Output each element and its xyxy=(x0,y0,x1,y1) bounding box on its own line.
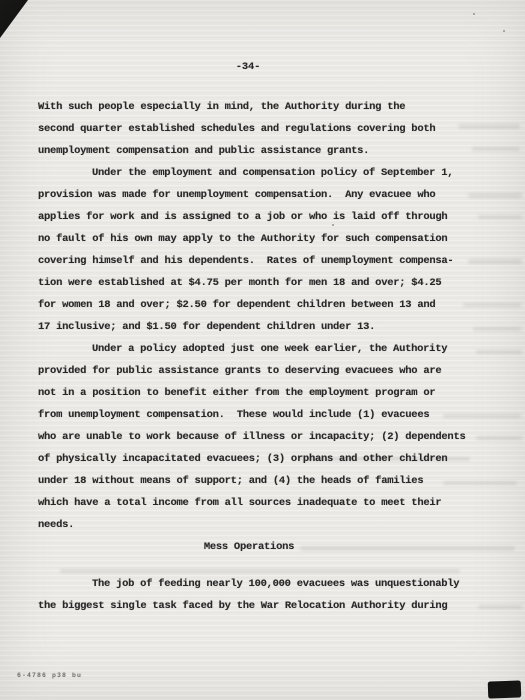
typewritten-line: provision was made for unemployment comp… xyxy=(38,184,500,206)
typewritten-line: no fault of his own may apply to the Aut… xyxy=(38,228,500,250)
typewritten-line: second quarter established schedules and… xyxy=(38,118,500,140)
typewritten-line: tion were established at $4.75 per month… xyxy=(38,272,500,294)
typewritten-line: unemployment compensation and public ass… xyxy=(38,140,500,162)
section-heading: Mess Operations xyxy=(29,536,469,558)
typewritten-line: from unemployment compensation. These wo… xyxy=(38,404,500,426)
document-page: -34- With such people especially in mind… xyxy=(0,0,525,700)
typewritten-line: not in a position to benefit either from… xyxy=(38,382,500,404)
paper-speck xyxy=(503,30,505,32)
scan-corner-artifact xyxy=(0,0,28,38)
typewritten-line: Under the employment and compensation po… xyxy=(38,162,500,184)
typewritten-line: 17 inclusive; and $1.50 for dependent ch… xyxy=(38,316,500,338)
typewritten-line: which have a total income from all sourc… xyxy=(38,492,500,514)
page-number: -34- xyxy=(28,60,468,75)
closing-paragraph: The job of feeding nearly 100,000 evacue… xyxy=(38,573,500,617)
paper-speck xyxy=(473,13,475,15)
typewritten-line: covering himself and his dependents. Rat… xyxy=(38,250,500,272)
typewritten-line: for women 18 and over; $2.50 for depende… xyxy=(38,294,500,316)
typewritten-line: With such people especially in mind, the… xyxy=(38,96,500,118)
typewritten-line: under 18 without means of support; and (… xyxy=(38,470,500,492)
print-stamp: 6-4786 p38 bu xyxy=(17,671,82,681)
typewritten-line: of physically incapacitated evacuees; (3… xyxy=(38,448,500,470)
typewritten-line: Under a policy adopted just one week ear… xyxy=(38,338,500,360)
scan-ink-blot-artifact xyxy=(488,680,522,698)
typewritten-line: the biggest single task faced by the War… xyxy=(38,595,500,617)
body-text: With such people especially in mind, the… xyxy=(38,96,500,536)
typewritten-line: who are unable to work because of illnes… xyxy=(38,426,500,448)
typewritten-line: provided for public assistance grants to… xyxy=(38,360,500,382)
typewritten-line: applies for work and is assigned to a jo… xyxy=(38,206,500,228)
typewritten-line: The job of feeding nearly 100,000 evacue… xyxy=(38,573,500,595)
typewritten-line: needs. xyxy=(38,514,500,536)
